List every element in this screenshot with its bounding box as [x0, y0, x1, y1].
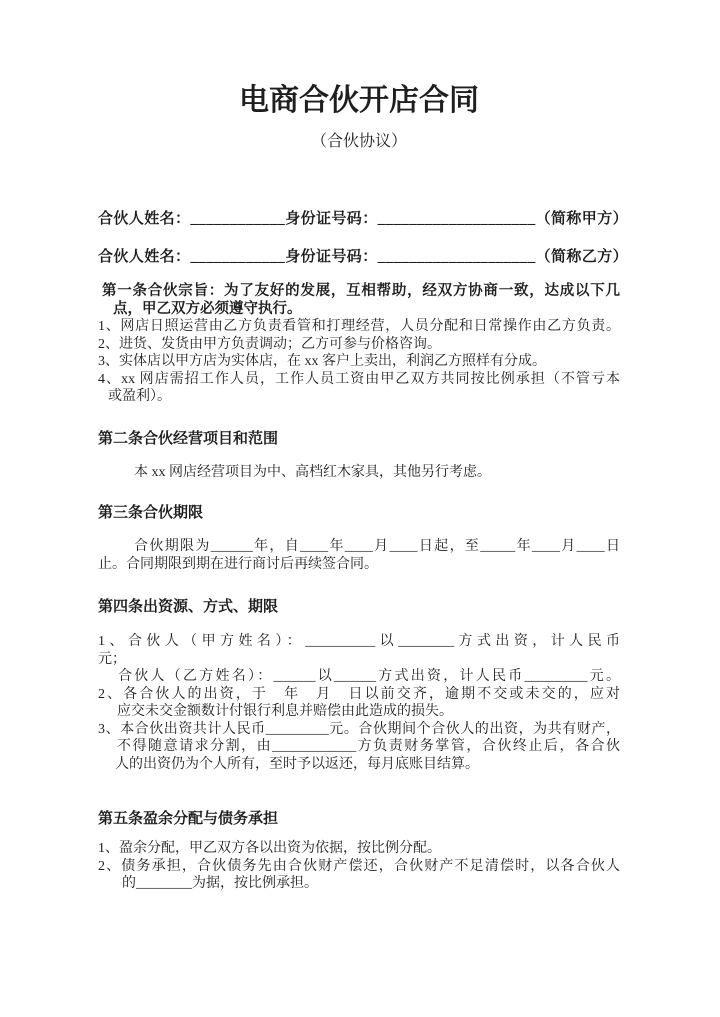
article5-item-2-line1: 2、债务承担，合伙债务先由合伙财产偿还，合伙财产不足清偿时，以各合伙人	[98, 858, 620, 876]
article1-item-2: 2、进货、发货由甲方负责调动；乙方可参与价格咨询。	[98, 336, 620, 354]
article4-item-1-line2: 元；	[98, 651, 620, 669]
article4-item-1-line1: 1、合伙人（甲方姓名）：__________以________方式出资，计人民币	[98, 633, 620, 651]
article4-item-2-line2: 应交未交金额数计付银行利息并赔偿由此造成的损失。	[117, 703, 620, 721]
article-2: 第二条合伙经营项目和范围 本 xx 网店经营项目为中、高档红木家具，其他另行考虑…	[98, 430, 620, 482]
article-5: 第五条盈余分配与债务承担 1、盈余分配，甲乙双方各以出资为依据，按比例分配。 2…	[98, 810, 620, 893]
article1-purpose-line1: 第一条合伙宗旨：为了友好的发展，互相帮助，经双方协商一致，达成以下几	[102, 283, 620, 301]
contract-title: 电商合伙开店合同	[98, 84, 620, 118]
article4-item-1-line3: 合伙人（乙方姓名）：______以______方式出资，计人民币________…	[118, 668, 620, 686]
article-1: 第一条合伙宗旨：为了友好的发展，互相帮助，经双方协商一致，达成以下几 点，甲乙双…	[98, 283, 620, 406]
party-b-line: 合伙人姓名：____________身份证号码：________________…	[98, 248, 620, 266]
article1-item-3: 3、实体店以甲方店为实体店，在 xx 客户上卖出，利润乙方照样有分成。	[98, 353, 620, 371]
article1-item-4-line2: 或盈利）。	[108, 388, 620, 406]
article1-item-4-line1: 4、xx 网店需招工作人员，工作人员工资由甲乙双方共同按比例承担（不管亏本	[98, 371, 620, 389]
article4-heading: 第四条出资源、方式、期限	[98, 598, 620, 616]
article4-item-2-line1: 2、各合伙人的出资，于 年 月 日以前交齐，逾期不交或未交的，应对	[98, 686, 620, 704]
article4-item-3-line1: 3、本合伙出资共计人民币_________元。合伙期间个合伙人的出资，为共有财产…	[98, 721, 620, 739]
document-page: 电商合伙开店合同 （合伙协议） 合伙人姓名：____________身份证号码：…	[0, 0, 720, 1017]
article4-item-3-line2: 不得随意请求分割，由____________方负责财务掌管，合伙终止后，各合伙	[117, 738, 620, 756]
article3-body-line2: 止。合同期限到期在进行商讨后再续签合同。	[98, 556, 620, 574]
article-3: 第三条合伙期限 合伙期限为______年，自____年____月____日起，至…	[98, 504, 620, 573]
article2-heading: 第二条合伙经营项目和范围	[98, 430, 620, 448]
article1-item-1: 1、网店日照运营由乙方负责看管和打理经营，人员分配和日常操作由乙方负责。	[98, 318, 620, 336]
party-a-line: 合伙人姓名：____________身份证号码：________________…	[98, 210, 620, 228]
article4-item-3-line3: 人的出资仍为个人所有，至时予以返还，每月底账目结算。	[115, 756, 620, 774]
article5-item-2-line2: 的________为据，按比例承担。	[122, 875, 620, 893]
article2-body: 本 xx 网店经营项目为中、高档红木家具，其他另行考虑。	[98, 464, 620, 482]
article3-body-line1: 合伙期限为______年，自____年____月____日起，至_____年__…	[98, 538, 620, 556]
article5-heading: 第五条盈余分配与债务承担	[98, 810, 620, 828]
contract-content: 电商合伙开店合同 （合伙协议） 合伙人姓名：____________身份证号码：…	[0, 0, 720, 893]
article5-item-1: 1、盈余分配，甲乙双方各以出资为依据，按比例分配。	[98, 840, 620, 858]
article-4: 第四条出资源、方式、期限 1、合伙人（甲方姓名）：__________以____…	[98, 598, 620, 773]
article1-purpose-line2: 点，甲乙双方必须遵守执行。	[113, 301, 620, 319]
article3-heading: 第三条合伙期限	[98, 504, 620, 522]
contract-subtitle: （合伙协议）	[98, 132, 620, 152]
